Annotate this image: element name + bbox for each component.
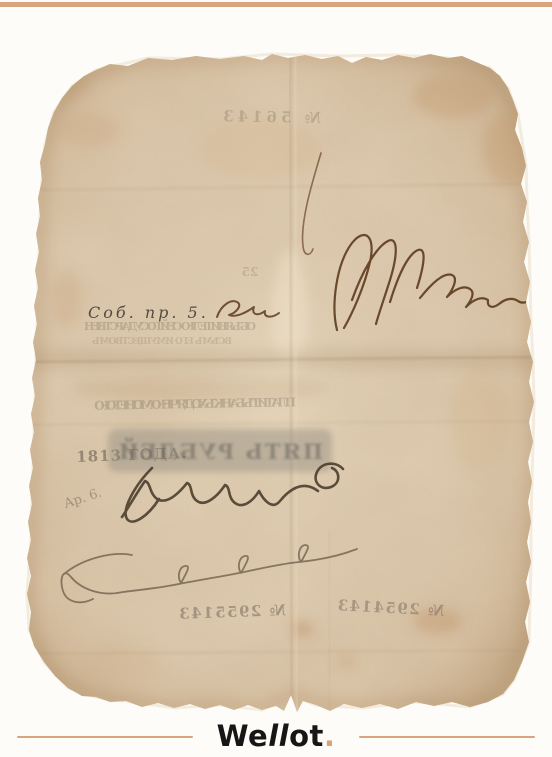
brand-logo-ot: ot — [289, 722, 324, 751]
footer: Wellot. — [0, 716, 552, 757]
brand-logo-dot-icon: . — [324, 722, 336, 751]
banknote-photo-stage: № 56143 25 ОБЪЯВИТЕЛЮ СЕЙ ГОСУДАРСТВЕН В… — [0, 0, 552, 757]
stamp-smudge: ПЯТЬ РУБЛЕЙ — [108, 429, 332, 472]
brand-logo-ll: ll — [268, 722, 289, 751]
bleed-guarantee-line2: ВСѢМЪ ЕГО ИМУЩЕСТВОМЪ — [92, 337, 232, 347]
brand-logo: Wellot. — [217, 722, 336, 751]
stamp-smudge-text: ПЯТЬ РУБЛЕЙ — [117, 438, 323, 464]
banknote-photo: № 56143 25 ОБЪЯВИТЕЛЮ СЕЙ ГОСУДАРСТВЕН В… — [0, 0, 552, 757]
brand-logo-we: We — [217, 722, 269, 751]
footer-rule-right — [359, 736, 535, 738]
bleed-serial-top: № 56143 — [219, 107, 321, 127]
footer-rule-left — [17, 736, 193, 738]
bleed-denomination: 25 — [242, 265, 259, 279]
bleed-serial-left: № 2955143 — [177, 601, 286, 623]
collector-annotation: Соб. пр. 5. — [88, 303, 209, 322]
